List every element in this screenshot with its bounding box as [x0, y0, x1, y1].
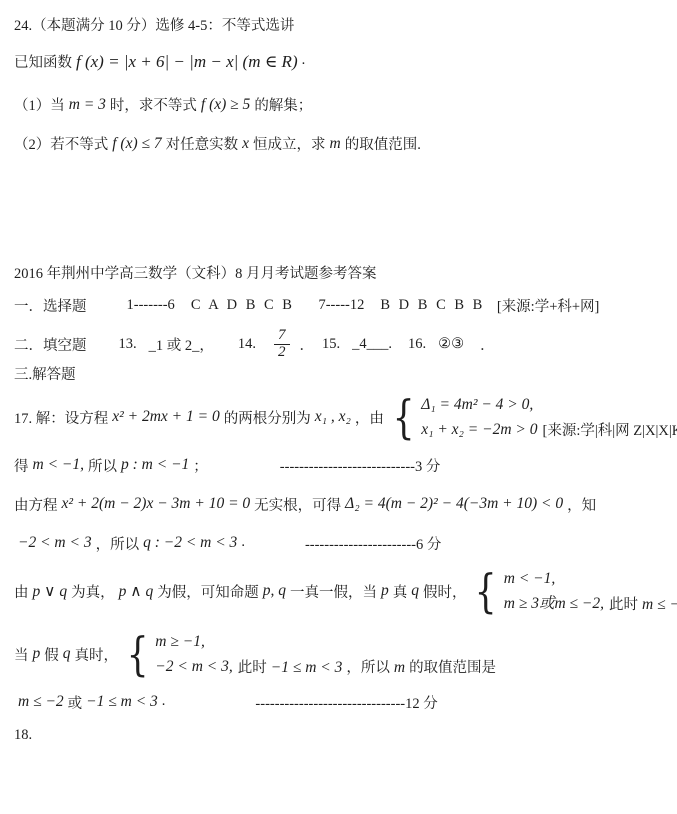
q17-l3-delta2: Δ₂ = 4(m − 2)² − 4(−3m + 10) < 0	[345, 495, 563, 513]
q17-system1-equations: Δ₁ = 4m² − 4 > 0, x₁ + x₂ = −2m > 0	[421, 392, 537, 443]
q24-function-formula: f (x) = |x + 6| − |m − x| (m ∈ R)	[76, 52, 298, 72]
q17-score-3: ----------------------------3 分	[280, 455, 441, 476]
q17-l6-p: p	[33, 645, 41, 663]
source-watermark-1: [来源:学+科+网]	[497, 295, 600, 316]
q17-l6-t2: 真时，	[75, 644, 119, 665]
q15-answer: _4___.	[352, 336, 392, 353]
q18-label-line: 18.	[14, 727, 665, 744]
q24-title: 24.（本题满分 10 分）选修 4-5：不等式选讲	[14, 14, 665, 35]
q17-l3-equation: x² + 2(m − 2)x − 3m + 10 = 0	[62, 495, 251, 513]
q24-intro-period: .	[302, 52, 306, 72]
fraction-denominator: 2	[274, 344, 290, 361]
q17-l5-t1: 为真，	[71, 581, 115, 602]
q17-sys2-eq1: m < −1,	[504, 566, 604, 592]
q14-answer-fraction: 7 2	[274, 328, 290, 361]
q17-l5-q: q	[411, 582, 419, 600]
q17-l2-semi: ；	[193, 455, 208, 476]
q17-sys2-eq2: m ≥ 3或m ≤ −2,	[504, 591, 604, 617]
q17-sys1-eq2: x₁ + x₂ = −2m > 0	[421, 417, 537, 443]
q17-system1: { Δ₁ = 4m² − 4 > 0, x₁ + x₂ = −2m > 0	[389, 392, 538, 443]
q18-label: 18.	[14, 727, 32, 744]
q17-system3: { m ≥ −1, −2 < m < 3,	[123, 629, 233, 680]
q17-l5-p-or-q: p ∨ q	[33, 582, 68, 601]
q24-part2-pre: （2）若不等式	[14, 133, 108, 154]
choice-section-label: 一．选择题	[14, 295, 87, 316]
q17-line2: 得 m < −1, 所以 p : m < −1 ； --------------…	[14, 455, 665, 476]
q16-label: 16.	[408, 336, 426, 353]
q16-answer: ②③	[438, 336, 464, 353]
q17-l5-p-and-q: p ∧ q	[119, 582, 154, 601]
q17-l6-q: q	[63, 645, 71, 663]
q24-title-text: 24.（本题满分 10 分）选修 4-5：不等式选讲	[14, 14, 294, 35]
q24-part2-mid2: 恒成立，求	[253, 133, 326, 154]
q17-l1-you: ，由	[355, 407, 384, 428]
fill-end-period: ．	[480, 334, 495, 355]
fill-section-label: 二．填空题	[14, 334, 87, 355]
q17-system3-equations: m ≥ −1, −2 < m < 3,	[155, 629, 232, 680]
q14-label: 14.	[238, 336, 256, 353]
q17-l5-pre: 由	[14, 581, 29, 602]
q17-system2-equations: m < −1, m ≥ 3或m ≤ −2,	[504, 566, 604, 617]
q17-l6-t5: 的取值范围是	[409, 656, 496, 680]
q14-period: ．	[300, 334, 315, 355]
answer-key-header: 2016 年荆州中学高三数学（文科）8 月月考试题参考答案	[14, 262, 665, 283]
q17-score-12: -------------------------------12 分	[255, 692, 437, 713]
left-brace-icon: {	[127, 635, 149, 674]
q17-l2-pre: 得	[14, 455, 29, 476]
q17-l1-mid: 的两根分别为	[224, 407, 311, 428]
q17-score-6: -----------------------6 分	[305, 533, 441, 554]
q24-part1-pre: （1）当	[14, 94, 65, 115]
q17-line3: 由方程 x² + 2(m − 2)x − 3m + 10 = 0 无实根，可得 …	[14, 494, 665, 515]
q17-line4: −2 < m < 3 ，所以 q : −2 < m < 3 . --------…	[14, 533, 665, 554]
q17-l1-equation: x² + 2mx + 1 = 0	[112, 408, 219, 426]
q17-l2-ineq: m < −1,	[33, 456, 85, 474]
q24-part1-mid: 时，求不等式	[110, 94, 197, 115]
q17-l3-pre: 由方程	[14, 494, 58, 515]
q17-l4-mid: ，所以	[96, 533, 140, 554]
source-watermark-2: [来源:学|科|网 Z|X|X|K]	[543, 419, 677, 443]
q24-intro-label: 已知函数	[14, 51, 72, 72]
q13-label: 13.	[119, 336, 137, 353]
choice-answers-1-6: C A D B C B	[191, 297, 295, 314]
q17-l1-pre: 17. 解：设方程	[14, 407, 108, 428]
q17-l3-post: ，知	[567, 494, 596, 515]
q17-system2: { m < −1, m ≥ 3或m ≤ −2,	[471, 566, 604, 617]
q17-l6-result: −1 ≤ m < 3	[271, 659, 343, 680]
q17-l7-res1: m ≤ −2	[18, 693, 64, 711]
q24-part1-m-eq: m = 3	[69, 96, 106, 114]
document-page: 24.（本题满分 10 分）选修 4-5：不等式选讲 已知函数 f (x) = …	[0, 0, 677, 814]
q17-l7-or: 或	[68, 692, 83, 713]
q17-l5-t2: 为假，可知命题	[157, 581, 259, 602]
q24-function-line: 已知函数 f (x) = |x + 6| − |m − x| (m ∈ R) .	[14, 51, 665, 72]
q17-l6-t4: ，所以	[346, 656, 390, 680]
q17-l6-m: m	[394, 659, 405, 680]
q24-part2-m: m	[330, 135, 341, 153]
fraction-numerator: 7	[278, 328, 286, 344]
q17-l5-p: p	[381, 582, 389, 600]
q17-l6-pre: 当	[14, 644, 29, 665]
q17-l7-dot: .	[162, 693, 166, 713]
q17-l5-result: m ≤ −2	[642, 596, 677, 617]
q17-l5-t4: 真	[393, 581, 408, 602]
q15-label: 15.	[322, 336, 340, 353]
q24-part2-x: x	[242, 135, 249, 153]
solution-section-label: 三.解答题	[14, 363, 76, 384]
q17-line7: m ≤ −2 或 −1 ≤ m < 3 . ------------------…	[14, 692, 665, 713]
left-brace-icon: {	[393, 398, 415, 437]
q24-part2-mid1: 对任意实数	[166, 133, 239, 154]
q24-part2-fx: f (x) ≤ 7	[112, 135, 161, 153]
q17-l4-ineq: −2 < m < 3	[18, 534, 92, 552]
fill-in-answers: 二．填空题 13. _1 或 2_， 14. 7 2 ． 15. _4___. …	[14, 328, 665, 361]
q17-l3-mid: 无实根，可得	[254, 494, 341, 515]
q24-part2-post: 的取值范围.	[345, 133, 421, 154]
q17-l4-dot: .	[241, 534, 245, 554]
choice-range-1-6: 1-------6	[127, 297, 175, 314]
q17-l6-t1: 假	[44, 644, 59, 665]
q24-part1-post: 的解集；	[254, 94, 312, 115]
q17-l4-q: q : −2 < m < 3	[143, 534, 237, 552]
q24-part1: （1）当 m = 3 时，求不等式 f (x) ≥ 5 的解集；	[14, 94, 665, 115]
q17-l7-res2: −1 ≤ m < 3	[86, 693, 158, 711]
q24-part1-fx: f (x) ≥ 5	[201, 96, 250, 114]
multiple-choice-answers: 一．选择题 1-------6 C A D B C B 7-----12 B D…	[14, 295, 665, 316]
choice-answers-7-12: B D B C B B	[380, 297, 484, 314]
q17-l5-t3: 一真一假，当	[290, 581, 377, 602]
q13-answer: _1 或 2_，	[149, 334, 214, 355]
q24-part2: （2）若不等式 f (x) ≤ 7 对任意实数 x 恒成立，求 m 的取值范围.	[14, 133, 665, 154]
q17-l5-t5: 假时，	[423, 581, 467, 602]
q17-sys1-eq1: Δ₁ = 4m² − 4 > 0,	[421, 392, 537, 418]
solution-section-label-line: 三.解答题	[14, 363, 665, 384]
q17-l1-roots: x₁ , x₂	[315, 408, 351, 426]
left-brace-icon: {	[475, 572, 497, 611]
q17-sys3-eq1: m ≥ −1,	[155, 629, 232, 655]
q17-line1: 17. 解：设方程 x² + 2mx + 1 = 0 的两根分别为 x₁ , x…	[14, 392, 665, 443]
q17-l5-t6: 此时	[609, 593, 638, 617]
choice-range-7-12: 7-----12	[318, 297, 364, 314]
q17-line5: 由 p ∨ q 为真， p ∧ q 为假，可知命题 p, q 一真一假，当 p …	[14, 566, 665, 617]
q17-l5-pq: p, q	[263, 582, 286, 600]
q17-sys3-eq2: −2 < m < 3,	[155, 654, 232, 680]
q17-l6-t3: 此时	[238, 656, 267, 680]
q17-l2-p: p : m < −1	[121, 456, 189, 474]
q17-l2-mid: 所以	[88, 455, 117, 476]
answer-key-title: 2016 年荆州中学高三数学（文科）8 月月考试题参考答案	[14, 262, 377, 283]
q17-line6: 当 p 假 q 真时， { m ≥ −1, −2 < m < 3, 此时 −1 …	[14, 629, 665, 680]
